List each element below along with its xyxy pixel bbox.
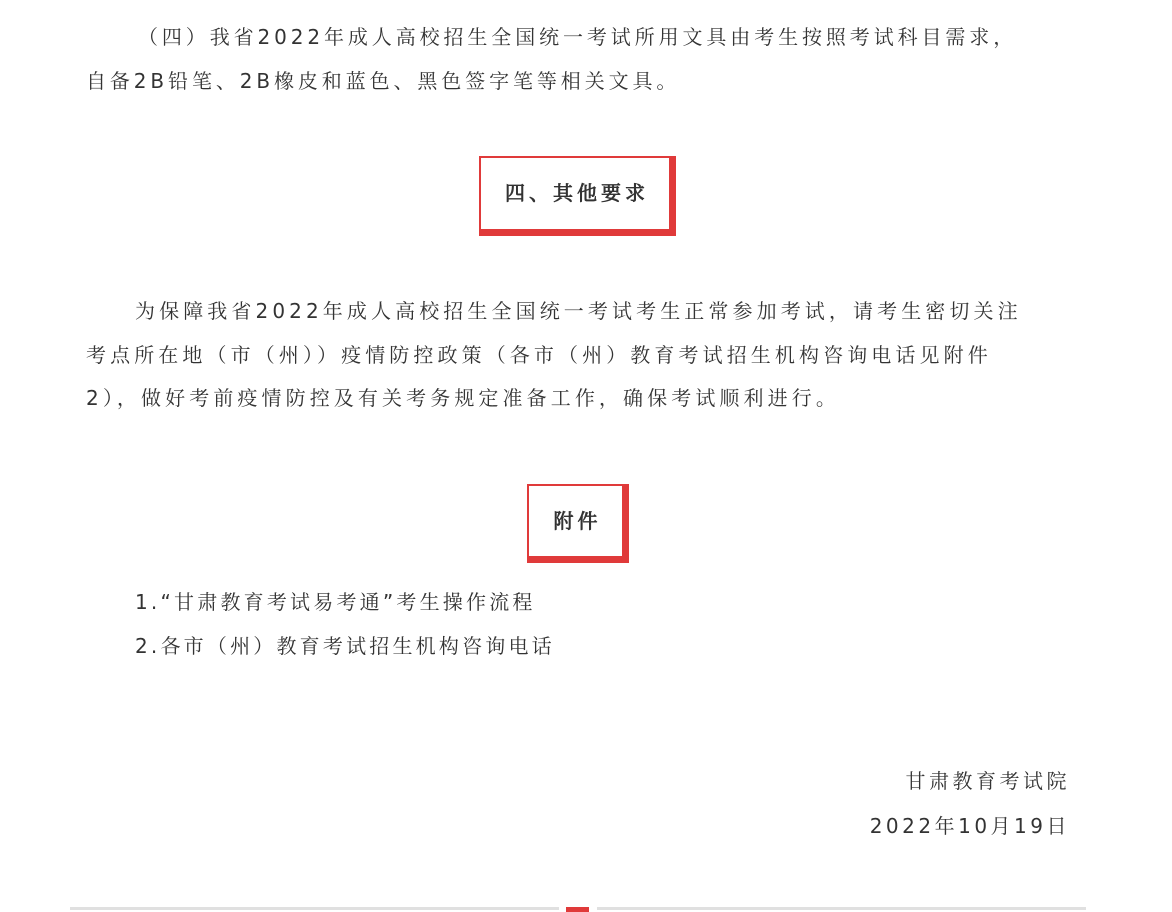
section-heading-text: 四、其他要求 — [505, 177, 649, 206]
divider-accent-mark — [566, 907, 589, 912]
section-heading-text: 附件 — [554, 505, 602, 534]
paragraph-line: 为保障我省2022年成人高校招生全国统一考试考生正常参加考试，请考生密切关注 — [135, 290, 1022, 334]
paragraph-line: 考点所在地（市（州））疫情防控政策（各市（州）教育考试招生机构咨询电话见附件 — [86, 334, 992, 378]
signature-organization: 甘肃教育考试院 — [906, 767, 1071, 795]
signature-date: 2022年10月19日 — [870, 812, 1070, 840]
attachment-item[interactable]: 2.各市（州）教育考试招生机构咨询电话 — [135, 632, 555, 660]
paragraph-line: （四）我省2022年成人高校招生全国统一考试所用文具由考生按照考试科目需求， — [138, 16, 1017, 60]
paragraph-line: 自备2B铅笔、2B橡皮和蓝色、黑色签字笔等相关文具。 — [86, 60, 680, 104]
divider-line-left — [70, 907, 559, 910]
divider-line-right — [597, 907, 1086, 910]
attachment-item[interactable]: 1.“甘肃教育考试易考通”考生操作流程 — [135, 588, 536, 616]
section-heading-attachments: 附件 — [527, 484, 629, 563]
section-heading-other-requirements: 四、其他要求 — [479, 156, 676, 236]
paragraph-line: 2），做好考前疫情防控及有关考务规定准备工作，确保考试顺利进行。 — [86, 377, 840, 421]
clipped-previous-line — [86, 0, 696, 6]
